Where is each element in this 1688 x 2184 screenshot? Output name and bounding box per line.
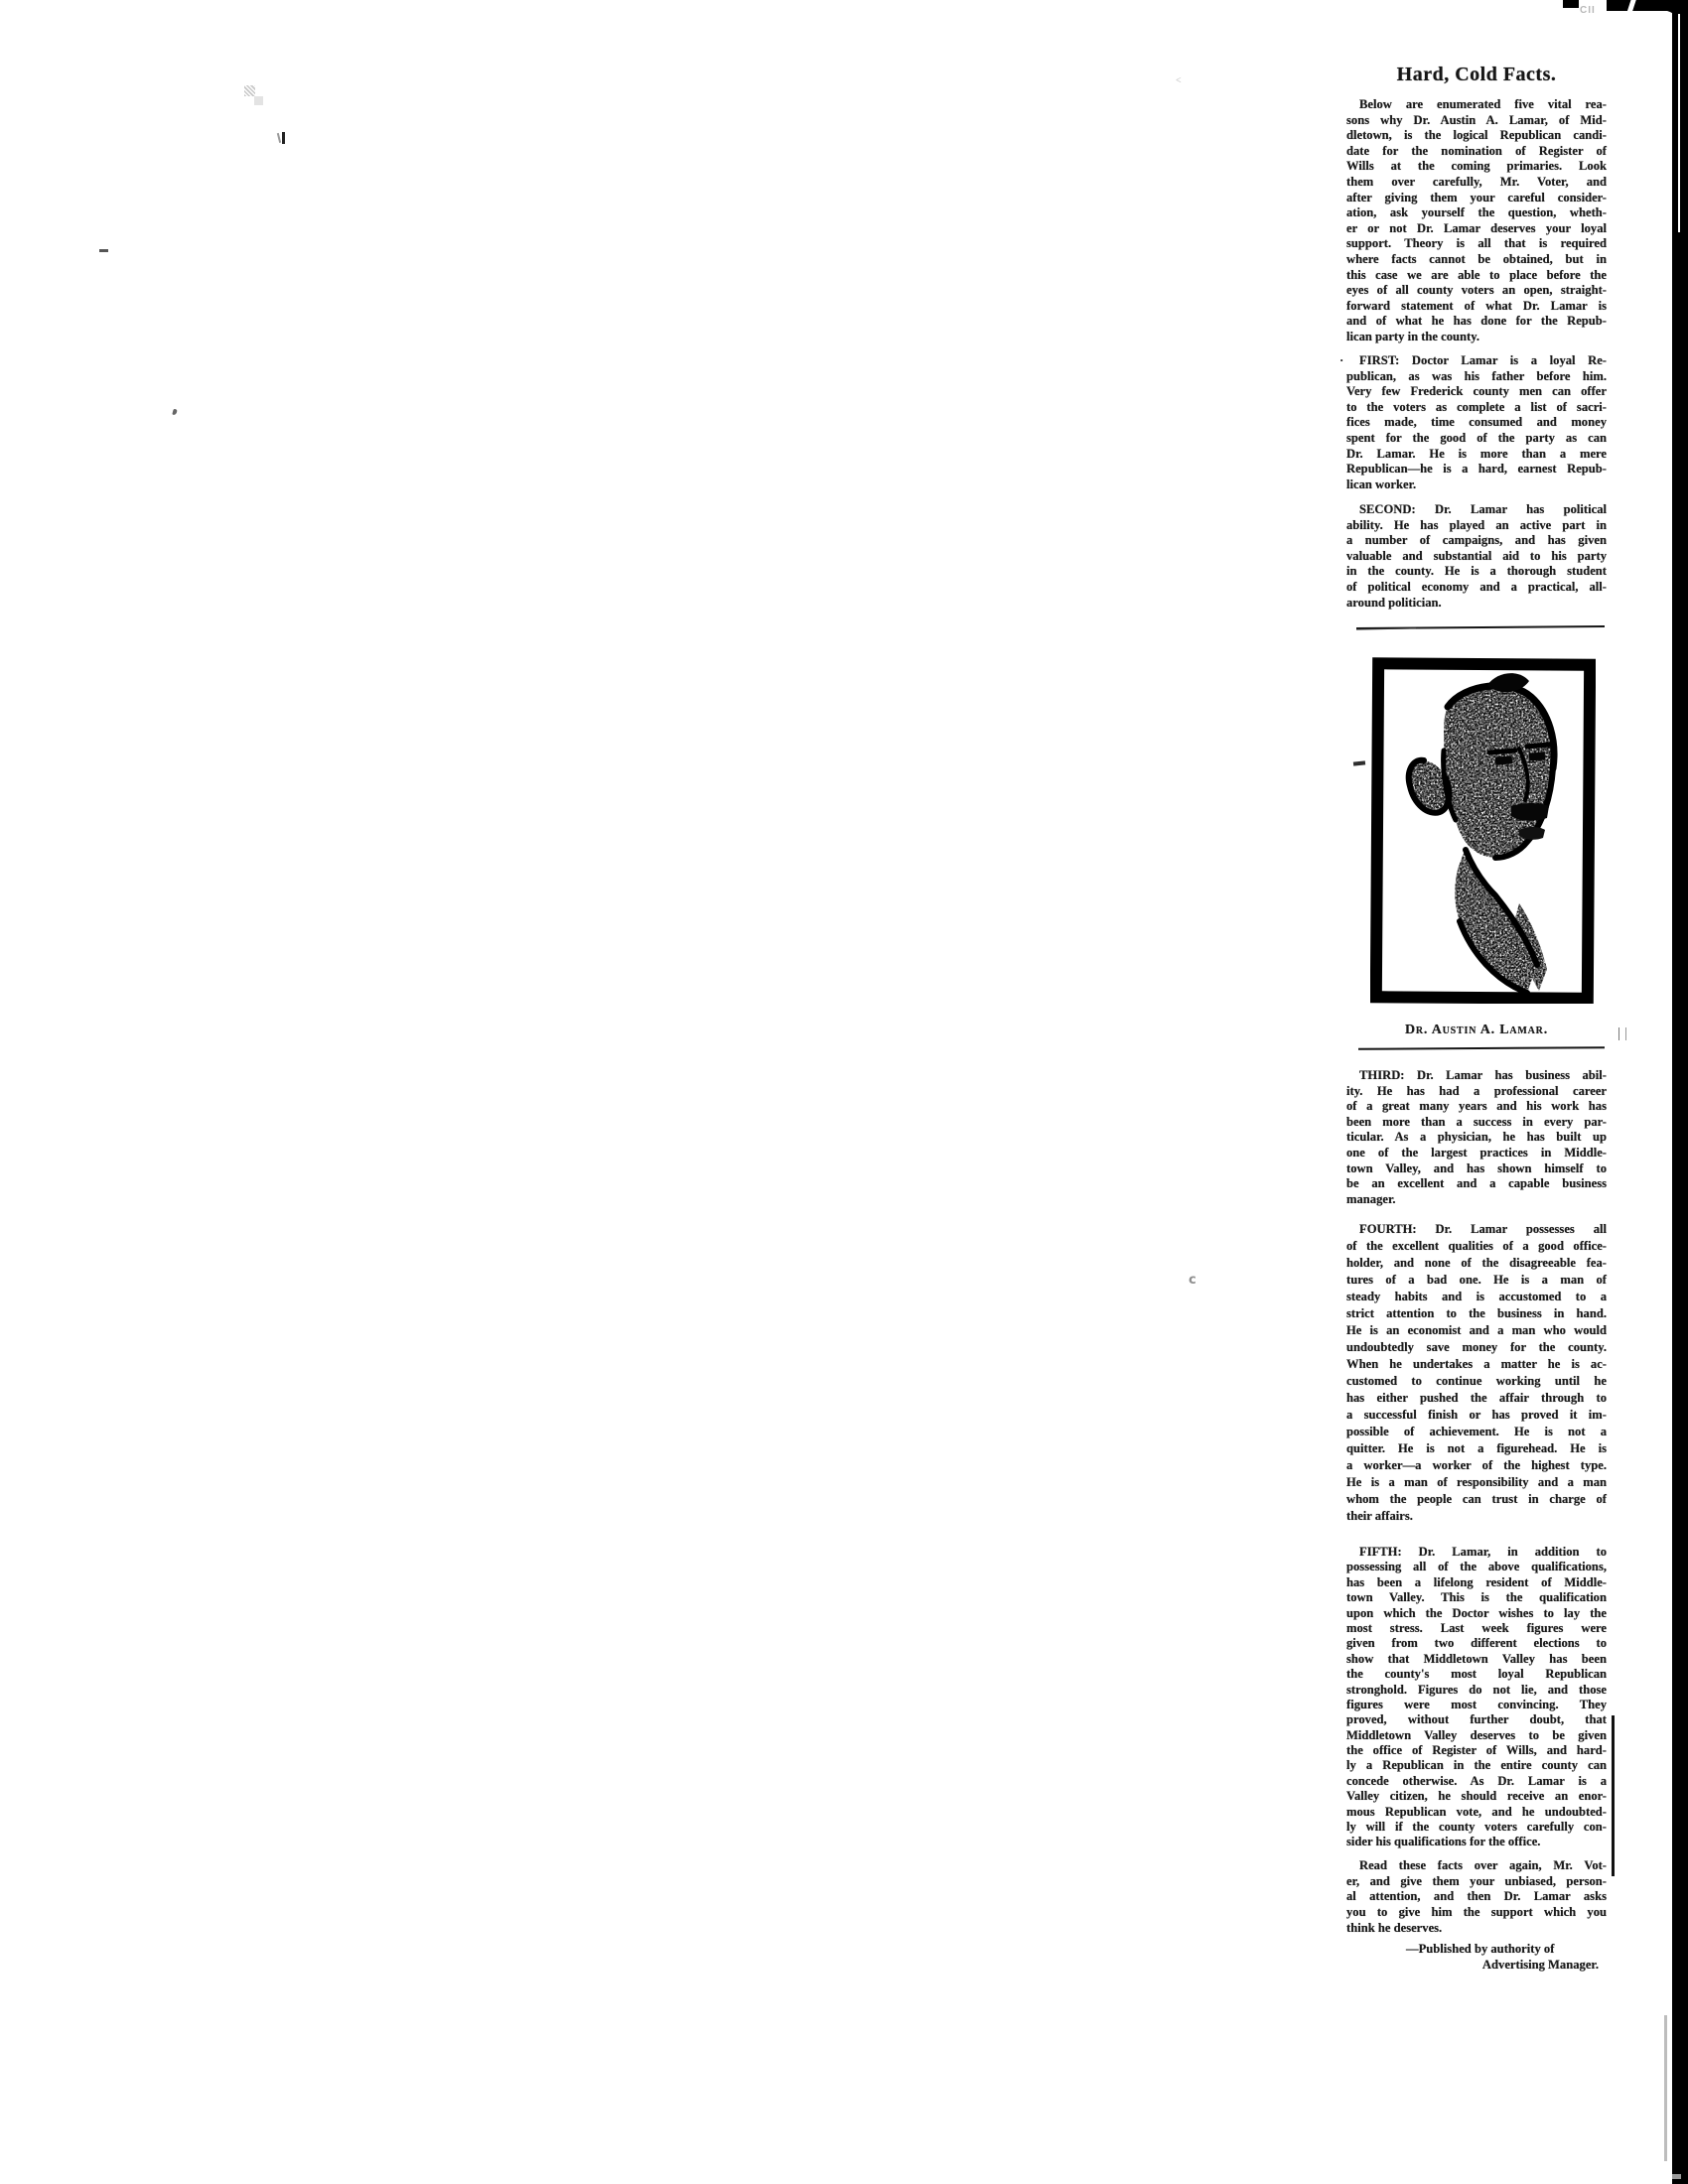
text-line: publican, as was his father before him.: [1346, 369, 1607, 385]
text-line: them over carefully, Mr. Voter, and: [1346, 175, 1607, 191]
text-line: of political economy and a practical, al…: [1346, 580, 1607, 596]
text-line: Dr. Lamar. He is more than a mere: [1346, 447, 1607, 463]
text-line: valuable and substantial aid to his part…: [1346, 549, 1607, 565]
text-line: concede otherwise. As Dr. Lamar is a: [1346, 1774, 1607, 1789]
text-line: Very few Frederick county men can offer: [1346, 384, 1607, 400]
text-line: most stress. Last week figures were: [1346, 1621, 1607, 1636]
text-line: He is a man of responsibility and a man: [1346, 1474, 1607, 1491]
text-line: ability. He has played an active part in: [1346, 518, 1607, 534]
text-line: fices made, time consumed and money: [1346, 415, 1607, 431]
text-line: proved, without further doubt, that: [1346, 1712, 1607, 1727]
scan-border-streak: [1669, 1734, 1671, 1881]
scan-speck: [282, 132, 285, 144]
text-line: lican worker.: [1346, 478, 1607, 493]
scan-speck: [244, 85, 255, 96]
text-line: think he deserves.: [1346, 1921, 1607, 1937]
text-line: possible of achievement. He is not a: [1346, 1424, 1607, 1440]
margin-dot-mark: ·: [1339, 352, 1343, 368]
text-line: Wills at the coming primaries. Look: [1346, 159, 1607, 175]
text-line: this case we are able to place before th…: [1346, 268, 1607, 284]
paragraph-third: THIRD: Dr. Lamar has business abil-ity. …: [1346, 1068, 1607, 1207]
scan-mark: c: [1189, 1273, 1196, 1288]
text-line: steady habits and is accustomed to a: [1346, 1289, 1607, 1305]
scan-speck: [172, 409, 177, 416]
text-line: When he undertakes a matter he is ac-: [1346, 1356, 1607, 1373]
text-line: holder, and none of the disagreeable fea…: [1346, 1255, 1607, 1272]
text-line: He is an economist and a man who would: [1346, 1322, 1607, 1339]
paragraph-first: FIRST: Doctor Lamar is a loyal Re-public…: [1346, 353, 1607, 492]
text-line: be an excellent and a capable business: [1346, 1176, 1607, 1192]
text-line: show that Middletown Valley has been: [1346, 1652, 1607, 1667]
text-line: undoubtedly save money for the county.: [1346, 1339, 1607, 1356]
scanned-newspaper-page: { "colors": { "paper": "#ffffff", "ink":…: [0, 0, 1688, 2184]
text-line: after giving them your careful consider-: [1346, 191, 1607, 206]
paragraph-second: SECOND: Dr. Lamar has politicalability. …: [1346, 502, 1607, 611]
scan-right-border: [1672, 8, 1688, 2184]
article-headline: Hard, Cold Facts.: [1346, 64, 1607, 86]
scan-edge-nub: [1563, 0, 1579, 8]
paragraph-intro: Below are enumerated five vital rea-sons…: [1346, 97, 1607, 345]
text-line: quitter. He is not a figurehead. He is: [1346, 1440, 1607, 1457]
text-line: ly will if the county voters carefully c…: [1346, 1820, 1607, 1835]
divider-rule-below-caption: [1358, 1046, 1605, 1050]
text-line: strict attention to the business in hand…: [1346, 1305, 1607, 1322]
signature-authority-line: —Published by authority of: [1346, 1942, 1666, 1957]
text-line: customed to continue working until he: [1346, 1373, 1607, 1390]
text-line: possessing all of the above qualificatio…: [1346, 1560, 1607, 1574]
text-line: ity. He has had a professional career: [1346, 1084, 1607, 1100]
portrait-caption: Dr. Austin A. Lamar.: [1346, 1023, 1607, 1038]
text-line: FIRST: Doctor Lamar is a loyal Re-: [1346, 353, 1607, 369]
scan-speck: [277, 133, 281, 143]
text-line: a worker—a worker of the highest type.: [1346, 1457, 1607, 1474]
scan-border-streak: [1667, 1241, 1669, 1367]
signature-manager-line: Advertising Manager.: [1346, 1958, 1607, 1973]
text-line: the office of Register of Wills, and har…: [1346, 1743, 1607, 1758]
text-line: THIRD: Dr. Lamar has business abil-: [1346, 1068, 1607, 1084]
scan-tick-mark: [1618, 1027, 1626, 1040]
text-line: their affairs.: [1346, 1508, 1607, 1525]
text-line: sons why Dr. Austin A. Lamar, of Mid-: [1346, 113, 1607, 129]
text-line: the county's most loyal Republican: [1346, 1667, 1607, 1682]
text-line: ation, ask yourself the question, wheth-: [1346, 205, 1607, 221]
text-line: has either pushed the affair through to: [1346, 1390, 1607, 1407]
text-line: where facts cannot be obtained, but in: [1346, 252, 1607, 268]
text-line: you to give him the support which you: [1346, 1905, 1607, 1921]
scan-mark: <: [1176, 75, 1182, 86]
scan-speck: [1672, 2174, 1681, 2179]
text-line: Valley citizen, he should receive an eno…: [1346, 1789, 1607, 1804]
text-line: eyes of all county voters an open, strai…: [1346, 283, 1607, 299]
text-line: Below are enumerated five vital rea-: [1346, 97, 1607, 113]
text-line: FOURTH: Dr. Lamar possesses all: [1346, 1221, 1607, 1238]
text-line: a successful finish or has proved it im-: [1346, 1407, 1607, 1424]
text-line: of the excellent qualities of a good off…: [1346, 1238, 1607, 1255]
text-line: forward statement of what Dr. Lamar is: [1346, 299, 1607, 315]
text-line: town Valley, and has shown himself to: [1346, 1161, 1607, 1177]
text-line: dletown, is the logical Republican candi…: [1346, 128, 1607, 144]
text-line: stronghold. Figures do not lie, and thos…: [1346, 1683, 1607, 1698]
text-line: FIFTH: Dr. Lamar, in addition to: [1346, 1545, 1607, 1560]
paragraph-fourth: FOURTH: Dr. Lamar possesses allof the ex…: [1346, 1221, 1607, 1525]
text-line: SECOND: Dr. Lamar has political: [1346, 502, 1607, 518]
text-line: er, and give them your unbiased, person-: [1346, 1874, 1607, 1890]
text-line: in the county. He is a thorough student: [1346, 564, 1607, 580]
text-line: al attention, and then Dr. Lamar asks: [1346, 1889, 1607, 1905]
text-line: support. Theory is all that is required: [1346, 236, 1607, 252]
text-line: ly a Republican in the entire county can: [1346, 1758, 1607, 1773]
text-line: er or not Dr. Lamar deserves your loyal: [1346, 221, 1607, 237]
text-line: and of what he has done for the Repub-: [1346, 314, 1607, 330]
text-line: date for the nomination of Register of: [1346, 144, 1607, 160]
text-line: around politician.: [1346, 596, 1607, 612]
scan-column-rule: [1612, 1715, 1615, 1876]
scan-border-streak: [1667, 1472, 1669, 1556]
portrait-of-dr-lamar: [1370, 655, 1596, 1004]
scan-speck: [99, 249, 108, 252]
scan-speck: [254, 96, 263, 105]
divider-rule-above-portrait-stub: [1356, 627, 1416, 629]
text-line: Republican—he is a hard, earnest Repub-: [1346, 462, 1607, 478]
text-line: town Valley. This is the qualification: [1346, 1590, 1607, 1605]
text-line: mous Republican vote, and he undoubted-: [1346, 1805, 1607, 1820]
text-line: Middletown Valley deserves to be given: [1346, 1728, 1607, 1743]
text-line: spent for the good of the party as can: [1346, 431, 1607, 447]
text-line: upon which the Doctor wishes to lay the: [1346, 1606, 1607, 1621]
text-line: lican party in the county.: [1346, 330, 1607, 345]
text-line: given from two different elections to: [1346, 1636, 1607, 1651]
text-line: to the voters as complete a list of sacr…: [1346, 400, 1607, 416]
text-line: figures were most convincing. They: [1346, 1698, 1607, 1712]
portrait-engraving: [1370, 655, 1596, 1004]
text-line: of a great many years and his work has: [1346, 1099, 1607, 1115]
scan-border-streak: [1664, 2015, 1667, 2161]
text-line: whom the people can trust in charge of: [1346, 1491, 1607, 1508]
text-line: sider his qualifications for the office.: [1346, 1835, 1607, 1849]
text-line: has been a lifelong resident of Middle-: [1346, 1575, 1607, 1590]
text-line: manager.: [1346, 1192, 1607, 1208]
scan-border-streak: [1678, 14, 1680, 232]
text-line: a number of campaigns, and has given: [1346, 533, 1607, 549]
text-line: ticular. As a physician, he has built up: [1346, 1130, 1607, 1146]
text-line: one of the largest practices in Middle-: [1346, 1146, 1607, 1161]
text-line: been more than a success in every par-: [1346, 1115, 1607, 1131]
scan-dash-mark: [1353, 760, 1365, 765]
paragraph-fifth: FIFTH: Dr. Lamar, in addition topossessi…: [1346, 1545, 1607, 1850]
text-line: Read these facts over again, Mr. Vot-: [1346, 1858, 1607, 1874]
scan-border-notch: [1666, 2161, 1672, 2170]
scan-corner-label: CII: [1580, 5, 1596, 16]
text-line: tures of a bad one. He is a man of: [1346, 1272, 1607, 1289]
paragraph-closing: Read these facts over again, Mr. Vot-er,…: [1346, 1858, 1607, 1936]
